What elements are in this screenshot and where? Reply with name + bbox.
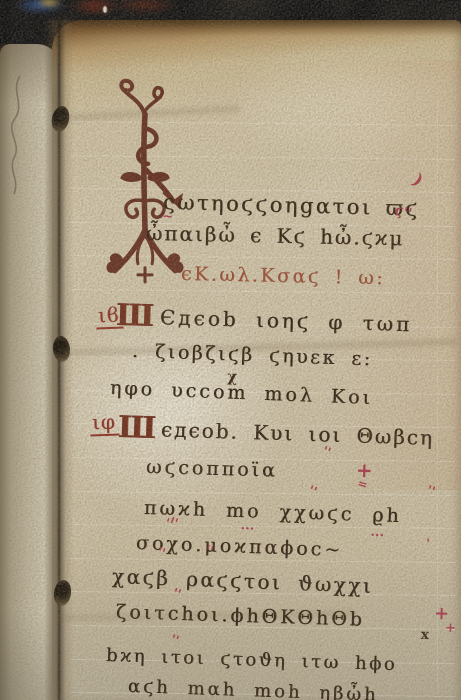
- rubric-mark: x: [421, 627, 430, 643]
- rubric-mark: ~: [162, 209, 173, 224]
- text-segment: Єдєоb ιοηϛ φ τωπ: [160, 305, 413, 336]
- text-segment: єдєоb. Κυι ιοι Θωβϲη: [161, 417, 435, 450]
- text-segment: ωϛϲοπποϊα: [146, 456, 278, 482]
- rubric-mark: ···: [240, 522, 254, 537]
- background-white-speck: [103, 6, 107, 13]
- text-segment: Ш: [117, 410, 158, 446]
- rubric-mark: +: [445, 621, 456, 636]
- text-line: ϵΚ.ωλ.Κσαϛ ! ω:: [181, 263, 386, 289]
- marginal-number: ιϐ: [96, 303, 123, 330]
- text-segment: ϵΚ.ωλ.Κσαϛ ! ω:: [181, 263, 386, 289]
- rubric-mark: ···: [370, 528, 384, 543]
- text-line: ωϛϲοπποϊα''+=: [146, 456, 278, 482]
- page-top-edge: [52, 20, 461, 36]
- manuscript-photo: ςωτηοϛϛοηgατοι ϖϛ)ὦπαιβὦ ϵ Κϛ hὦ.ϛϰμ~ϛ''…: [0, 0, 461, 700]
- marginal-number: ιφ: [90, 410, 120, 437]
- rubric-mark: ': [426, 536, 430, 550]
